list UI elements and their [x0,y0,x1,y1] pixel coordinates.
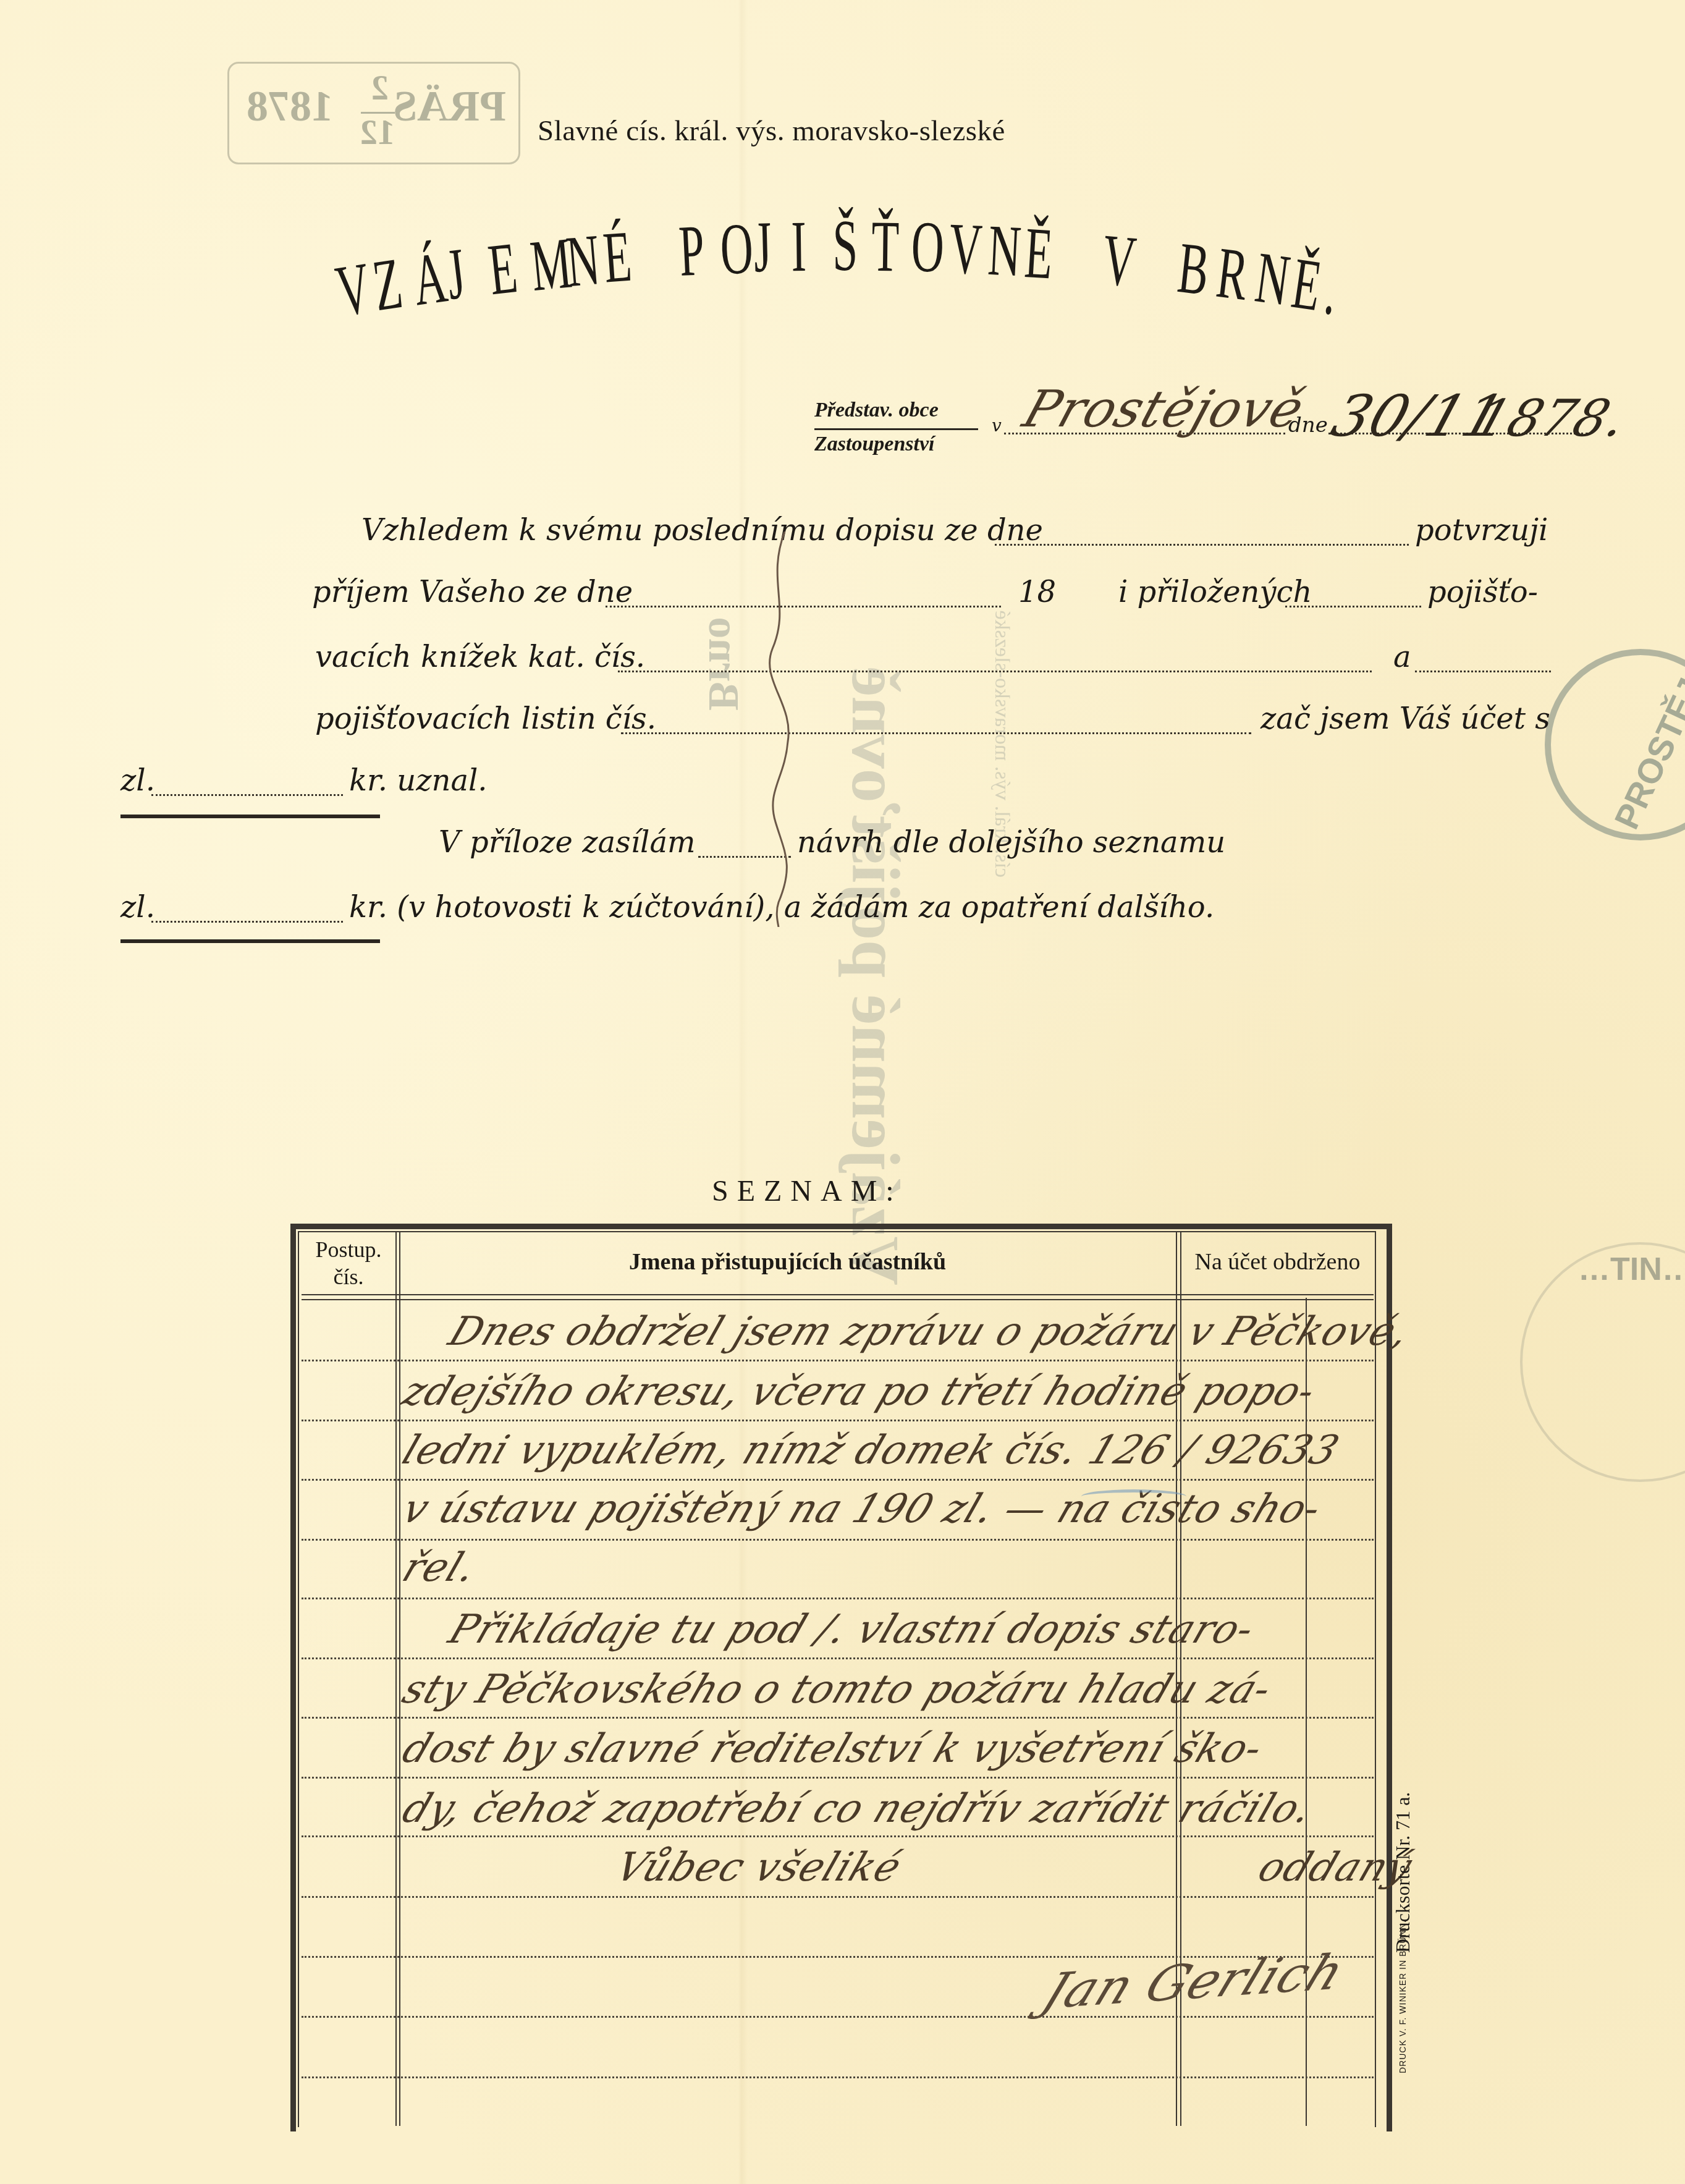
label-divider [814,428,978,430]
row-rule [302,1777,1374,1779]
entry-line: v ústavu pojištěný na 190 zl. — na čisto… [397,1486,1328,1532]
post-stamp-text: PROSTĚJOV [1606,627,1685,836]
received-stamp: PRÄS 2 12 1878 [227,62,520,164]
row-rule [302,1835,1374,1837]
faint-round-stamp: …TIN… [1520,1242,1685,1482]
line5-zl-field[interactable] [151,794,343,796]
printer-imprint: DRUCK V. F. WINIKER IN BRÜNN. [1398,1919,1408,2073]
document-title: VZÁJEMNÉ POJIŠŤOVNĚ V BRNĚ. [334,204,1359,328]
brace-mark [760,531,809,927]
row-rule [302,1657,1374,1659]
title-letter: B [1174,226,1213,313]
line7-zl-field[interactable] [151,921,343,923]
line6-end: návrh dle dolejšího seznamu [797,825,1225,860]
entry-line: Vůbec všeliké [610,1845,908,1890]
row-rule [302,2076,1374,2078]
line2-end: pojišťo- [1427,575,1538,609]
col-divider-1b [399,1231,400,2126]
row-rule [302,1360,1374,1361]
showthrough-brno: Brno [698,617,748,711]
header-rule-2 [302,1299,1374,1300]
row-rule [302,1539,1374,1541]
title-letter: É [601,214,634,300]
line6-text: V příloze zasílám [439,825,696,860]
line3-text: vacích knížek kat. čís. [315,640,645,674]
title-letter: R [1212,231,1252,318]
line1-end: potvrzuji [1415,513,1548,548]
line3-field[interactable] [618,671,1372,672]
title-letter: Ě [1023,211,1055,296]
title-letter: Š [832,204,858,288]
entry-line: dy, čehož zapotřebí co nejdřív zařídit r… [397,1786,1319,1832]
line3-field-b[interactable] [1415,671,1551,672]
row-rule [302,1420,1374,1421]
col-divider-1 [395,1231,397,2126]
row-rule [302,1598,1374,1599]
line5-underline [120,815,380,818]
entry-line: dost by slavné ředitelství k vyšetření š… [397,1726,1270,1772]
seznam-heading: SEZNAM: [712,1174,903,1208]
header-rule-1 [302,1294,1374,1295]
col-header-postup-line1: Postup. [302,1236,395,1263]
row-rule [302,2016,1374,2018]
title-letter: N [564,218,603,304]
line5-zl: zl. [120,763,155,798]
row-rule [302,1717,1374,1719]
line4-field[interactable] [621,732,1251,734]
entry-line: ledni vypuklém, nímž domek čís. 126 / 92… [397,1428,1346,1473]
place-field[interactable]: Prostějově [1016,380,1312,439]
title-letter: N [1251,235,1294,323]
line2-field-count[interactable] [1285,606,1421,607]
title-letter: V [948,206,984,292]
line1-field[interactable] [995,544,1409,546]
entry-line: Dnes obdržel jsem zprávu o požáru v Pěčk… [443,1309,1416,1355]
entry-line: zdejšího okresu, včera po třetí hodině p… [397,1369,1322,1415]
title-letter: N [986,208,1023,294]
col-header-names: Jmena přistupujících účastníků [399,1248,1176,1276]
dne-label: dne [1288,413,1328,438]
line2-text: příjem Vašeho ze dne [312,575,633,609]
line4-text: pojišťovacích listin čís. [315,701,656,736]
entry-line: sty Pěčkovského o tomto požáru hladu zá- [397,1667,1278,1712]
line7-zl: zl. [120,890,155,925]
received-stamp-month: 12 [360,113,395,153]
row-rule [302,1479,1374,1481]
title-letter: P [677,208,706,294]
line1-text: Vzhledem k svému poslednímu dopisu ze dn… [361,513,1043,548]
line5-kr: kr. uznal. [349,763,488,798]
title-letter: E [484,226,521,313]
year-field[interactable]: 1878. [1468,389,1635,448]
col-header-postup: Postup. čís. [302,1236,395,1290]
title-letter: O [719,206,754,292]
line2-attached: i přiložených [1118,575,1312,609]
received-stamp-year: 1878 [247,82,333,132]
line7-underline [120,939,380,943]
row-rule [302,1896,1374,1898]
received-stamp-day: 2 [371,69,389,108]
received-stamp-label: PRÄS [393,82,506,132]
post-stamp-right: PROSTĚJOV [1545,649,1685,840]
title-letter: Ě [1287,241,1327,328]
document-subtitle: Slavné cís. král. výs. moravsko-slezské [538,114,1005,148]
col-header-received: Na účet obdrženo [1180,1248,1375,1276]
title-letter: Ť [871,204,900,289]
title-letter: O [910,205,945,289]
entry-line: Přikládaje tu pod /. vlastní dopis staro… [443,1607,1261,1653]
label-predstav-obce: Představ. obce [814,399,939,422]
prefix-v: v [992,415,1002,436]
title-letter: V [1099,218,1139,304]
col-header-postup-line2: čís. [302,1263,395,1290]
line3-end: a [1393,640,1411,674]
title-letter: J [753,205,772,290]
faint-round-stamp-text: …TIN… [1578,1251,1685,1288]
blue-pencil-mark [1081,1489,1186,1504]
line4-end: zač jsem Váš účet s [1261,701,1550,736]
title-letter: I [791,204,807,288]
line2-year-prefix: 18 [1018,575,1056,609]
label-zastoupenstvi: Zastoupenství [814,433,935,456]
